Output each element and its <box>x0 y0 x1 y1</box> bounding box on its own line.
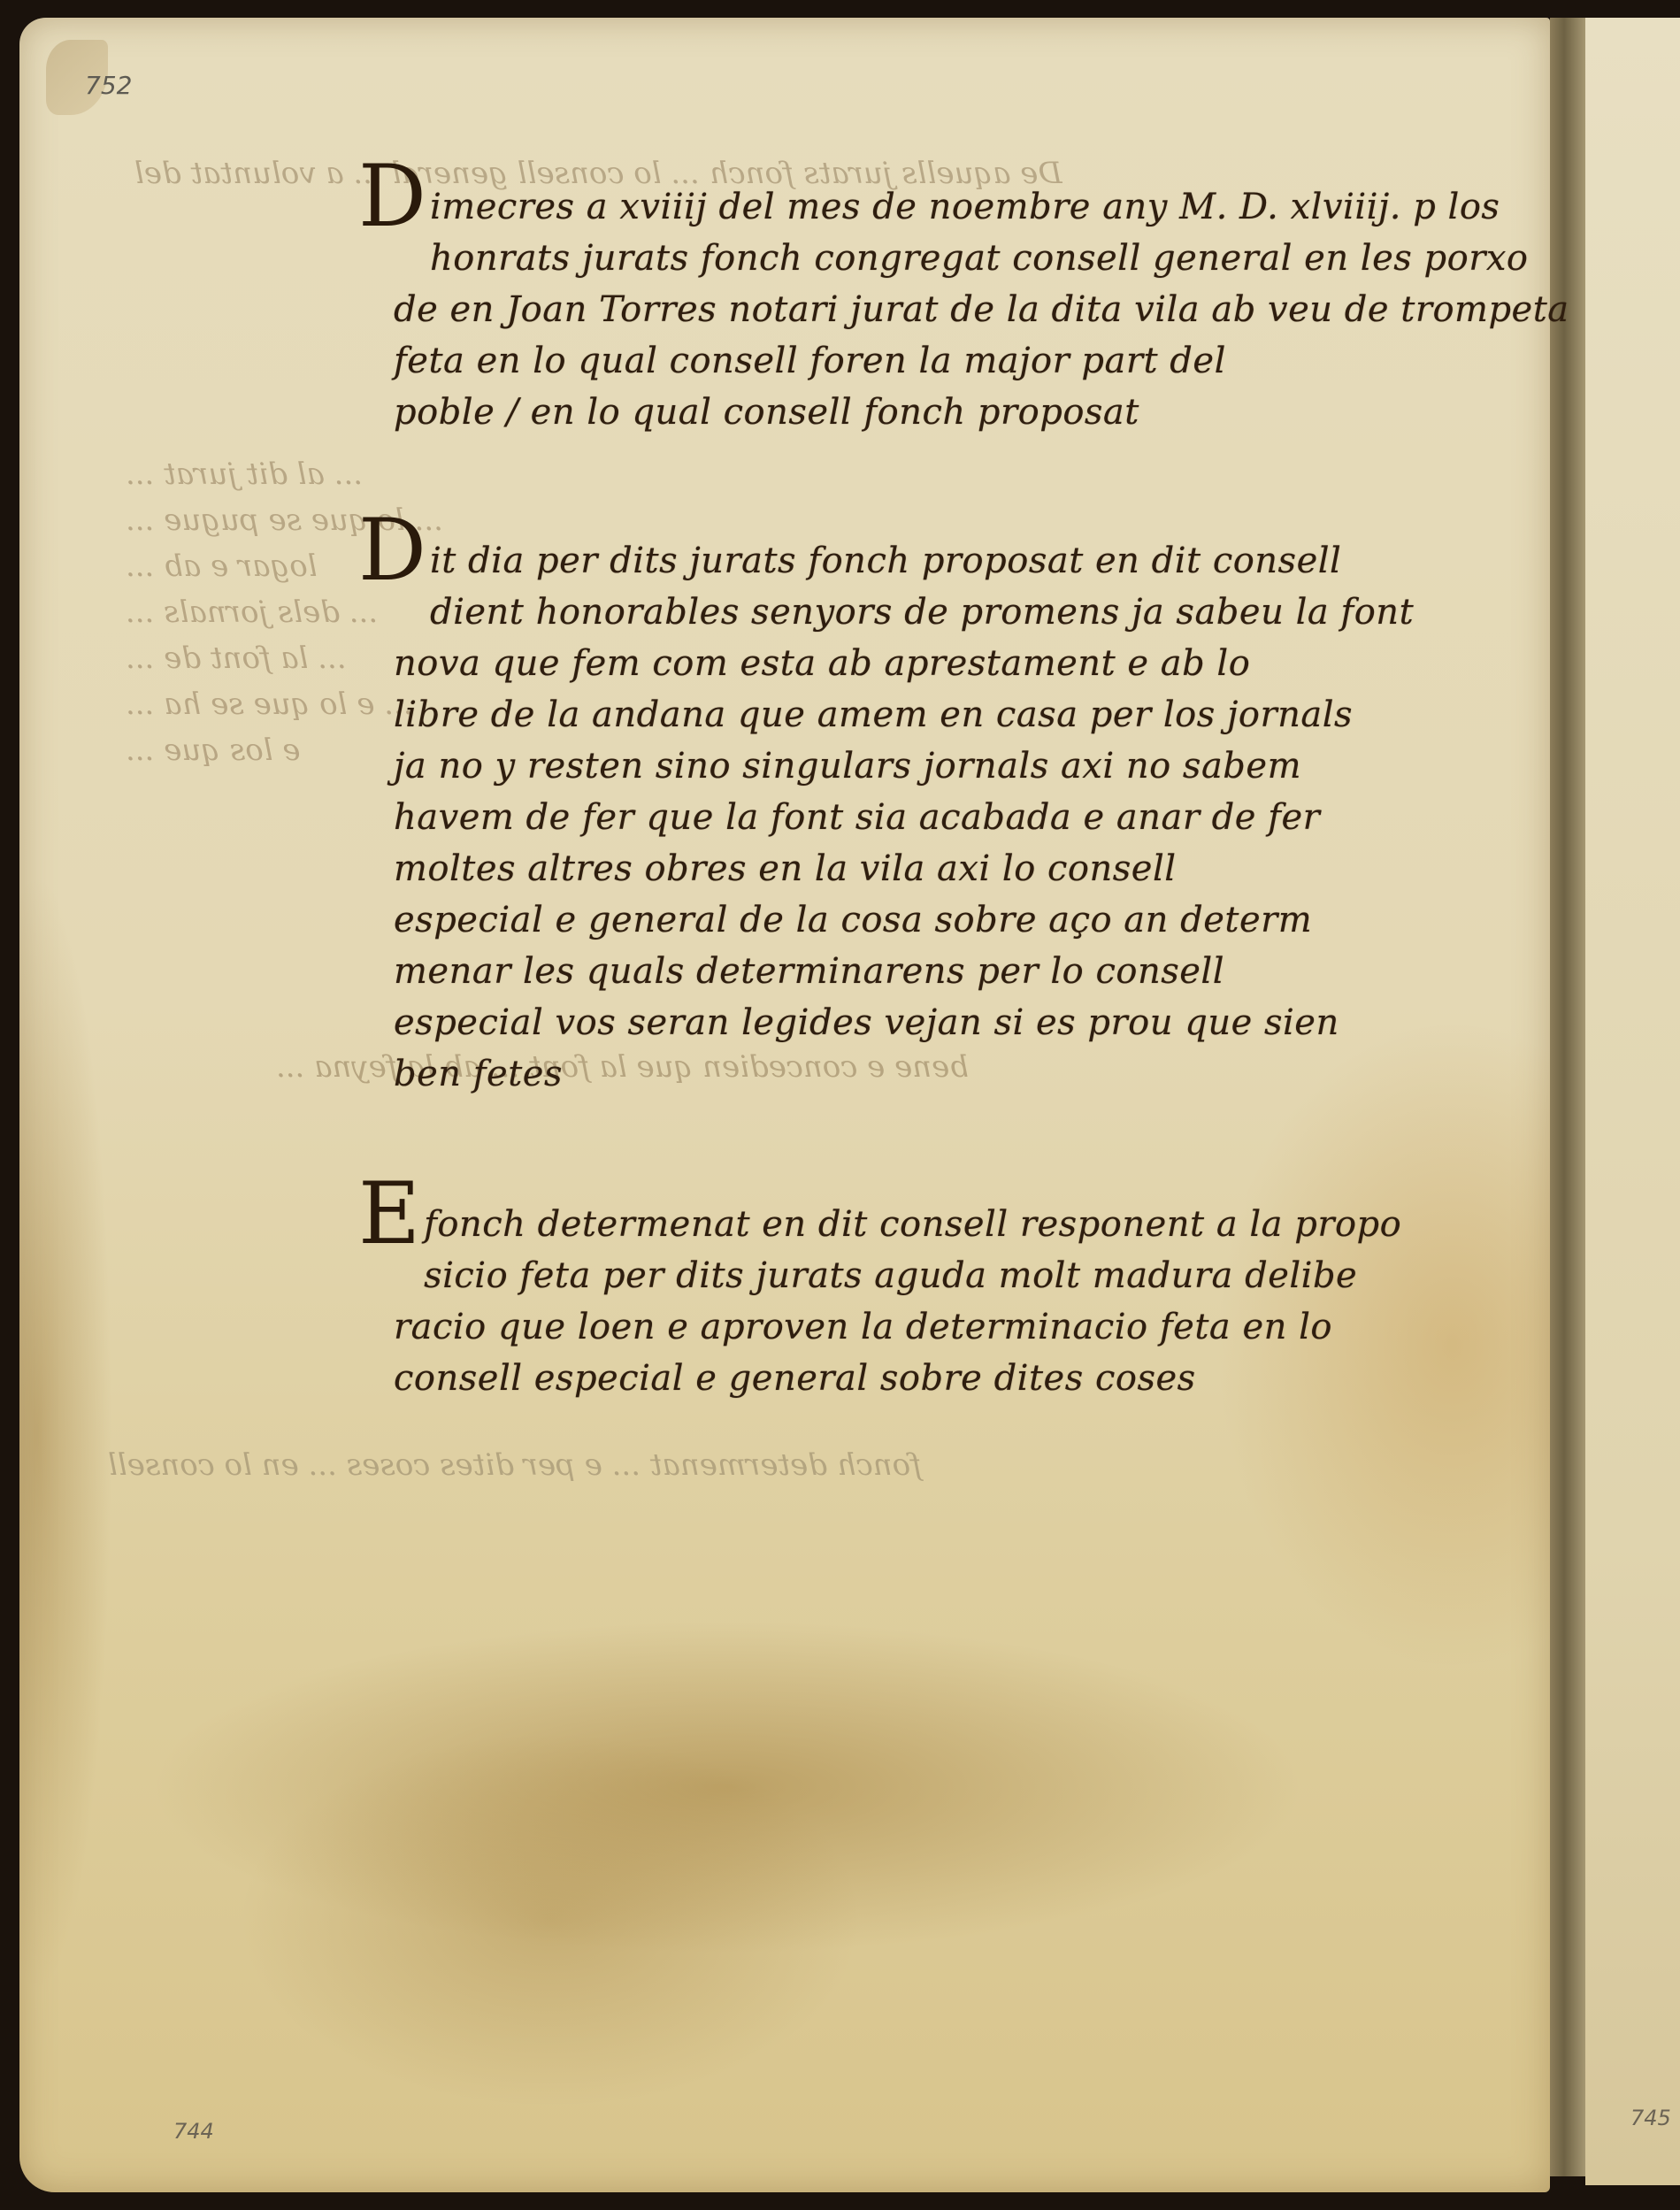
decorated-initial: E <box>358 1174 420 1254</box>
text-line: it dia per dits jurats fonch proposat en… <box>394 535 1349 587</box>
text-line: havem de fer que la font sia acabada e a… <box>394 792 1349 843</box>
minutes-entry-convocation: D imecres a xviiij del mes de noembre an… <box>394 181 1349 438</box>
text-line: nova que fem com esta ab aprestament e a… <box>394 638 1349 689</box>
text-line: dient honorables senyors de promens ja s… <box>394 587 1349 638</box>
text-line: sicio feta per dits jurats aguda molt ma… <box>394 1250 1349 1301</box>
text-line: consell especial e general sobre dites c… <box>394 1353 1349 1404</box>
text-line: feta en lo qual consell foren la major p… <box>394 335 1349 387</box>
folio-number-bottom-left: 744 <box>173 2119 214 2144</box>
text-line: ben fetes <box>394 1048 1349 1100</box>
text-line: especial e general de la cosa sobre aço … <box>394 894 1349 946</box>
text-line: menar les quals determinarens per lo con… <box>394 946 1349 997</box>
minutes-entry-proposal: D it dia per dits jurats fonch proposat … <box>394 535 1349 1100</box>
text-line: honrats jurats fonch congregat consell g… <box>394 233 1349 284</box>
text-line: especial vos seran legides vejan si es p… <box>394 997 1349 1048</box>
text-line: fonch determenat en dit consell responen… <box>394 1199 1349 1250</box>
text-line: poble / en lo qual consell fonch proposa… <box>394 387 1349 438</box>
adjacent-page-edge <box>1585 18 1680 2185</box>
text-line: racio que loen e aproven la determinacio… <box>394 1301 1349 1353</box>
text-line: libre de la andana que amem en casa per … <box>394 689 1349 741</box>
text-line: de en Joan Torres notari jurat de la dit… <box>394 284 1349 335</box>
text-line: ja no y resten sino singulars jornals ax… <box>394 741 1349 792</box>
decorated-initial: D <box>358 510 426 590</box>
decorated-initial: D <box>358 157 426 236</box>
folio-number-top: 752 <box>85 71 132 100</box>
bleed-through-bottom: fonch determenat ... e per dites coses .… <box>108 1442 1346 1488</box>
text-line: moltes altres obres en la vila axi lo co… <box>394 843 1349 894</box>
minutes-entry-resolution: E fonch determenat en dit consell respon… <box>394 1199 1349 1404</box>
folio-number-bottom-right: 745 <box>1630 2106 1671 2130</box>
book-gutter <box>1550 18 1585 2176</box>
text-line: imecres a xviiij del mes de noembre any … <box>394 181 1349 233</box>
